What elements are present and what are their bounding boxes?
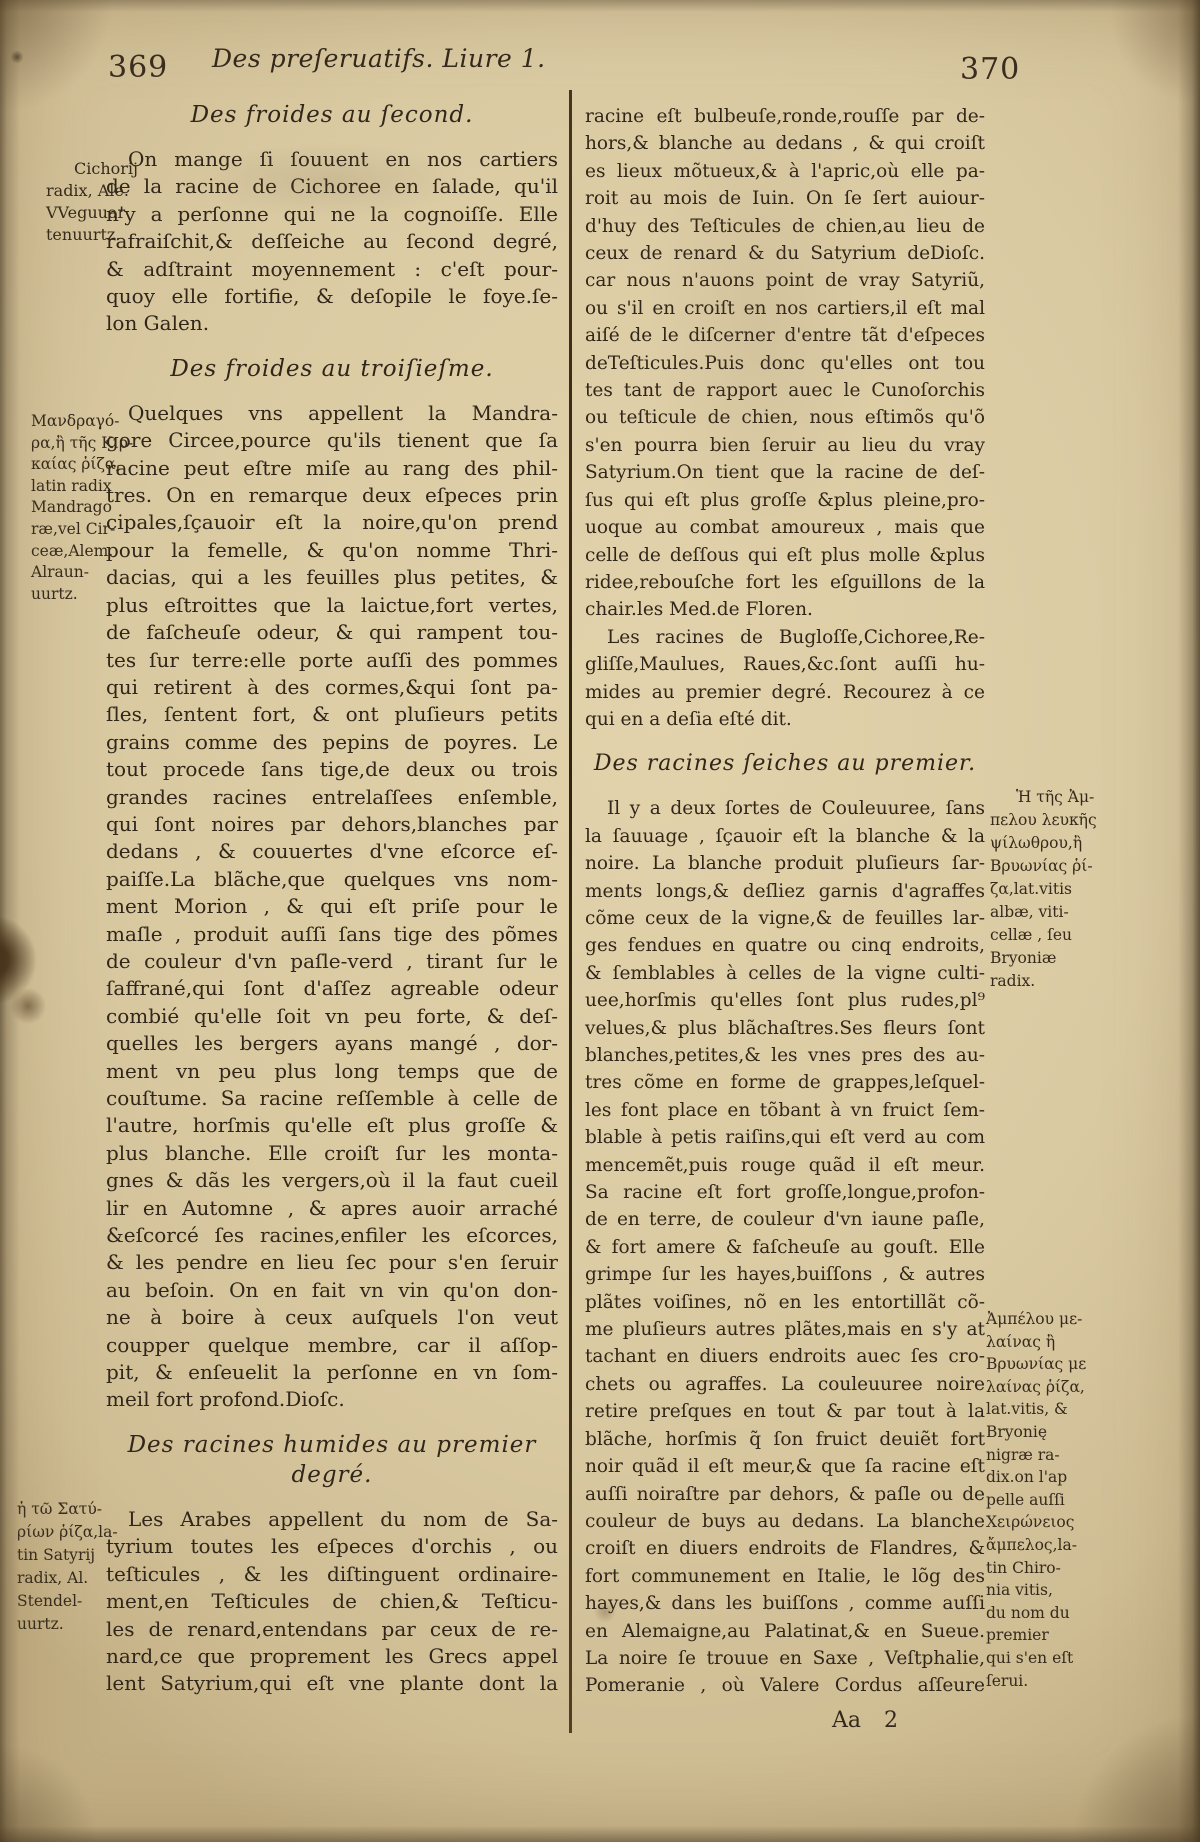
text-line: ridee,rebouſche fort les eſguillons de l…: [585, 569, 985, 596]
text-line: pit, & enſeuelit la perſonne en vn ſom-: [106, 1359, 558, 1386]
text-line: & ſemblables à celles de la vigne culti-: [585, 960, 985, 987]
right-text-column: racine eſt bulbeuſe,ronde,rouſſe par de-…: [585, 103, 985, 1700]
paragraph: Les Arabes appellent du nom de Sa-tyrium…: [106, 1506, 558, 1698]
text-line: plus eſtroittes que la laictue,fort vert…: [106, 592, 558, 619]
text-line: lent Satyrium,qui eſt vne plante dont la: [106, 1670, 558, 1697]
left-text-column: Des froides au ſecond.On mange ſi ſouuen…: [106, 100, 558, 1698]
text-line: rafraiſchit,& deſſeiche au ſecond degré,: [106, 228, 558, 255]
text-line: hayes,& dans les buiſſons , comme auſſi: [585, 1590, 985, 1617]
text-line: grains comme des pepins de poyres. Le: [106, 729, 558, 756]
text-line: aiſé de le diſcerner d'entre tãt d'eſpec…: [585, 322, 985, 349]
text-line: lir en Automne , & apres auoir arraché: [106, 1195, 558, 1222]
section-heading: Des froides au troiſieſme.: [106, 354, 558, 384]
text-line: Il y a deux ſortes de Couleuuree, ſans: [585, 795, 985, 822]
text-line: gnes & dãs les vergers,où il la faut cue…: [106, 1167, 558, 1194]
text-line: me pluſieurs autres plãtes,mais en s'y a…: [585, 1316, 985, 1343]
book-page-scan: 369 Des preſeruatifs. Liure 1. 370 Des f…: [0, 0, 1200, 1842]
section-heading: Des racines humides au premierdegré.: [106, 1430, 558, 1490]
text-line: gore Circee,pource qu'ils tienent que ſa: [106, 427, 558, 454]
text-line: paiſſe.La blãche,que quelques vns nom-: [106, 866, 558, 893]
text-line: ceux de renard & du Satyrium deDioſc.: [585, 240, 985, 267]
text-line: uoque au combat amoureux , mais que: [585, 514, 985, 541]
text-line: d'huy des Teſticules de chien,au lieu de: [585, 213, 985, 240]
paragraph: Les racines de Bugloſſe,Cichoree,Re-gliſ…: [585, 624, 985, 734]
text-line: coupper quelque membre, car il aſſop-: [106, 1332, 558, 1359]
section-heading: Des froides au ſecond.: [106, 100, 558, 130]
margin-note-bryonia-nigra: Ἀμπέλου με- λαίνας ἢ Βρυωνίας με λαίνας …: [986, 1308, 1136, 1692]
text-line: l'autre, horſmis qu'elle eſt plus groſſe…: [106, 1112, 558, 1139]
text-line: cõme ceux de la vigne,& de feuilles lar-: [585, 905, 985, 932]
text-line: blãche, horſmis q̃ ſon fruict deuiẽt for…: [585, 1426, 985, 1453]
heading-line: Des froides au ſecond.: [106, 100, 558, 130]
text-line: de en terre, de couleur d'vn iaune paſle…: [585, 1206, 985, 1233]
text-line: combié qu'elle ſoit vn peu forte, & deſ-: [106, 1003, 558, 1030]
text-line: ſaffrané,qui ſont d'aſſez agreable odeur: [106, 975, 558, 1002]
text-line: La noire ſe trouue en Saxe , Veſtphalie,: [585, 1645, 985, 1672]
text-line: s'en pourra bien ſeruir au lieu du vray: [585, 432, 985, 459]
text-line: Quelques vns appellent la Mandra-: [106, 400, 558, 427]
text-line: grimpe ſur les hayes,buiſſons , & autres: [585, 1261, 985, 1288]
text-line: auſſi noiraſtre par dehors, & paſle ou d…: [585, 1481, 985, 1508]
text-line: Les Arabes appellent du nom de Sa-: [106, 1506, 558, 1533]
margin-note-satyrium: ἡ τῶ Σατύ- ρίων ῥίζα,la- tin Satyrij rad…: [17, 1498, 129, 1636]
text-line: chair.les Med.de Floren.: [585, 596, 985, 623]
paragraph: On mange ſi ſouuent en nos cartiersde la…: [106, 146, 558, 338]
text-line: es lieux mõtueux,& à l'apric,où elle pa-: [585, 158, 985, 185]
text-line: dacias, qui a les feuilles plus petites,…: [106, 564, 558, 591]
text-line: Satyrium.On tient que la racine de deſ-: [585, 459, 985, 486]
signature-mark: Aa 2: [790, 1708, 940, 1733]
heading-line: degré.: [106, 1460, 558, 1490]
text-line: tyrium toutes les eſpeces d'orchis , ou: [106, 1533, 558, 1560]
text-line: & adſtraint moyennement : c'eſt pour-: [106, 256, 558, 283]
heading-line: Des racines ſeiches au premier.: [585, 749, 985, 779]
text-line: couſtume. Sa racine reſſemble à celle de: [106, 1085, 558, 1112]
text-line: celle de deſſous qui eſt plus molle &plu…: [585, 542, 985, 569]
text-line: les font place en tõbant à vn fruict ſem…: [585, 1097, 985, 1124]
text-line: qui retirent à des cormes,&qui ſont pa-: [106, 674, 558, 701]
text-line: teſticules , & les diſtinguent ordinaire…: [106, 1561, 558, 1588]
text-line: quoy elle fortifie, & deſopile le foye.ſ…: [106, 283, 558, 310]
text-line: &eſcorcé ſes racines,enfiler les eſcorce…: [106, 1222, 558, 1249]
text-line: tres cõme en forme de grappes,leſquel-: [585, 1069, 985, 1096]
margin-note-cichorij: Cichorij radix, Ale. VVeguuar tenuurtz.: [46, 158, 150, 246]
page-number-right: 370: [960, 52, 1020, 87]
text-line: & les pendre en lieu ſec pour s'en ſerui…: [106, 1249, 558, 1276]
text-line: fort communement en Italie, le lõg des: [585, 1563, 985, 1590]
heading-line: Des racines humides au premier: [106, 1430, 558, 1460]
text-line: mencemẽt,puis rouge quãd il eſt meur.: [585, 1152, 985, 1179]
section-heading: Des racines ſeiches au premier.: [585, 749, 985, 779]
text-line: car nous n'auons point de vray Satyriũ,: [585, 267, 985, 294]
text-line: deTeſticules.Puis donc qu'elles ont tou: [585, 350, 985, 377]
text-line: retire preſques en tout & par tout à la: [585, 1398, 985, 1425]
text-line: tres. On en remarque deux eſpeces prin: [106, 482, 558, 509]
text-line: mides au premier degré. Recourez à ce: [585, 679, 985, 706]
margin-note-bryonia-alba: Ἡ τῆς Ἀμ- πελου λευκῆς ψίλωθρου,ἢ Βρυωνί…: [990, 786, 1138, 993]
text-line: ſus qui eſt plus groſſe &plus pleine,pro…: [585, 487, 985, 514]
text-line: la ſauuage , ſçauoir eſt la blanche & la: [585, 823, 985, 850]
text-line: tes tant de rapport auec le Cunoſorchis: [585, 377, 985, 404]
text-line: Pomeranie , où Valere Cordus aſſeure: [585, 1672, 985, 1699]
margin-note-mandragora: Μανδραγό- ρα,ἢ τῆς Κιρ- καίας ῥίζα, lati…: [31, 411, 143, 605]
text-line: ments longs,& deſliez garnis d'agraffes: [585, 878, 985, 905]
text-line: blable à petis raiſins,qui eſt verd au c…: [585, 1124, 985, 1151]
text-line: maſle , produit auſſi ſans tige des põme…: [106, 921, 558, 948]
text-line: de la racine de Cichoree en ſalade, qu'i…: [106, 173, 558, 200]
text-line: velues,& plus blãchaſtres.Ses fleurs ſon…: [585, 1015, 985, 1042]
text-line: au beſoin. On en fait vn vin qu'on don-: [106, 1277, 558, 1304]
text-line: nard,ce que proprement les Grecs appel: [106, 1643, 558, 1670]
text-line: On mange ſi ſouuent en nos cartiers: [106, 146, 558, 173]
text-line: couleur de buys au dedans. La blanche: [585, 1508, 985, 1535]
text-line: croiſt en diuers endroits de Flandres, &: [585, 1535, 985, 1562]
text-line: cipales,ſçauoir eſt la noire,qu'on prend: [106, 509, 558, 536]
text-line: & fort amere & faſcheuſe au gouſt. Elle: [585, 1234, 985, 1261]
page-number-left: 369: [108, 50, 168, 85]
text-line: grandes racines entrelaſſees enſemble,: [106, 784, 558, 811]
text-line: de couleur d'vn paſle-verd , tirant ſur …: [106, 948, 558, 975]
column-divider-rule: [569, 90, 572, 1733]
text-line: noir quãd il eſt meur,& que ſa racine eſ…: [585, 1453, 985, 1480]
text-line: ges fendues en quatre ou cinq endroits,: [585, 932, 985, 959]
text-line: ne à boire à ceux auſquels l'on veut: [106, 1304, 558, 1331]
text-line: ou teſticule de chien, nous eſtimõs qu'õ: [585, 404, 985, 431]
text-line: n'y a perſonne qui ne la cognoiſſe. Elle: [106, 201, 558, 228]
text-line: tachant en diuers endroits auec ſes cro-: [585, 1343, 985, 1370]
text-line: lon Galen.: [106, 310, 558, 337]
text-line: ment vn peu plus long temps que de: [106, 1058, 558, 1085]
paragraph: racine eſt bulbeuſe,ronde,rouſſe par de-…: [585, 103, 985, 624]
text-line: Sa racine eſt fort groſſe,longue,profon-: [585, 1179, 985, 1206]
text-line: dedans , & couuertes d'vne eſcorce eſ-: [106, 838, 558, 865]
text-line: plus blanche. Elle croiſt ſur les monta-: [106, 1140, 558, 1167]
paragraph: Quelques vns appellent la Mandra-gore Ci…: [106, 400, 558, 1414]
text-line: hors,& blanche au dedans , & qui croiſt: [585, 130, 985, 157]
text-line: gliſſe,Maulues, Raues,&c.ſont auſſi hu-: [585, 651, 985, 678]
text-line: les de renard,entendans par ceux de re-: [106, 1616, 558, 1643]
text-line: roit au mois de Iuin. On ſe ſert auiour-: [585, 185, 985, 212]
running-title: Des preſeruatifs. Liure 1.: [212, 44, 512, 73]
text-line: ſles, ſentent fort, & ont pluſieurs peti…: [106, 701, 558, 728]
text-line: en Alemaigne,au Palatinat,& en Sueue.: [585, 1618, 985, 1645]
text-line: qui en a deſia eſté dit.: [585, 706, 985, 733]
text-line: quelles les bergers ayans mangé , dor-: [106, 1030, 558, 1057]
text-line: chets ou agraffes. La couleuuree noire: [585, 1371, 985, 1398]
text-line: noire. La blanche produit pluſieurs ſar-: [585, 850, 985, 877]
text-line: tes ſur terre:elle porte auſſi des pomme…: [106, 647, 558, 674]
text-line: tout procede ſans tige,de deux ou trois: [106, 756, 558, 783]
text-line: ment,en Teſticules de chien,& Teſticu-: [106, 1588, 558, 1615]
text-line: qui ſont noires par dehors,blanches par: [106, 811, 558, 838]
text-line: de faſcheuſe odeur, & qui rampent tou-: [106, 619, 558, 646]
text-line: racine eſt bulbeuſe,ronde,rouſſe par de-: [585, 103, 985, 130]
text-line: plãtes voiſines, nõ en les entortillãt c…: [585, 1289, 985, 1316]
paragraph: Il y a deux ſortes de Couleuuree, ſansla…: [585, 795, 985, 1699]
text-line: uee,horſmis qu'elles ſont plus rudes,pl⁹: [585, 987, 985, 1014]
text-line: meil fort profond.Dioſc.: [106, 1386, 558, 1413]
text-line: pour la femelle, & qu'on nomme Thri-: [106, 537, 558, 564]
text-line: blanches,petites,& les vnes pres des au-: [585, 1042, 985, 1069]
text-line: ment Morion , & qui eſt priſe pour le: [106, 893, 558, 920]
text-line: Les racines de Bugloſſe,Cichoree,Re-: [585, 624, 985, 651]
heading-line: Des froides au troiſieſme.: [106, 354, 558, 384]
text-line: ou s'il en croiſt en nos cartiers,il eſt…: [585, 295, 985, 322]
text-line: racine peut eſtre miſe au rang des phil-: [106, 455, 558, 482]
